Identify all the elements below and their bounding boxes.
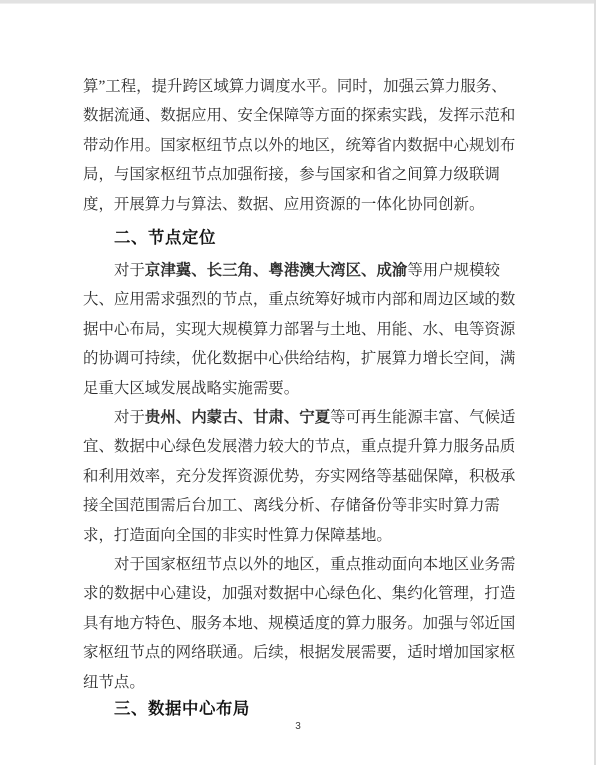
text-segment: 对于 [114, 409, 145, 426]
text-segment: 对于 [114, 262, 145, 279]
text-line: 度，开展算力与算法、数据、应用资源的一体化协同创新。 [83, 190, 516, 219]
text-segment: 求，打造面向全国的非实时性算力保障基地。 [83, 527, 392, 544]
text-line: 带动作用。国家枢纽节点以外的地区，统筹省内数据中心规划布 [83, 131, 516, 160]
text-line: 求，打造面向全国的非实时性算力保障基地。 [83, 521, 516, 550]
text-line: 对于京津冀、长三角、粤港澳大湾区、成渝等用户规模较 [83, 256, 516, 285]
text-line: 的协调可持续，优化数据中心供给结构，扩展算力增长空间，满 [83, 344, 516, 373]
text-segment: 接全国范围需后台加工、离线分析、存储备份等非实时算力需 [83, 497, 500, 514]
text-segment: 三、数据中心布局 [114, 700, 250, 718]
text-segment: 宜、数据中心绿色发展潜力较大的节点，重点提升算力服务品质 [83, 438, 515, 455]
text-segment: 数据流通、数据应用、安全保障等方面的探索实践，发挥示范和 [83, 107, 515, 124]
text-segment: 算”工程，提升跨区域算力调度水平。同时，加强云算力服务、 [83, 78, 507, 95]
text-line: 算”工程，提升跨区域算力调度水平。同时，加强云算力服务、 [83, 72, 516, 101]
text-segment: 京津冀、长三角、粤港澳大湾区、成渝 [145, 262, 407, 279]
text-segment: 足重大区域发展战略实施需要。 [83, 380, 299, 397]
text-line: 据中心布局，实现大规模算力部署与土地、用能、水、电等资源 [83, 315, 516, 344]
text-segment: 具有地方特色、服务本地、规模适度的算力服务。加强与邻近国 [83, 615, 515, 632]
text-line: 接全国范围需后台加工、离线分析、存储备份等非实时算力需 [83, 491, 516, 520]
text-line: 局，与国家枢纽节点加强衔接，参与国家和省之间算力级联调 [83, 160, 516, 189]
text-segment: 二、节点定位 [114, 229, 216, 247]
text-segment: 据中心布局，实现大规模算力部署与土地、用能、水、电等资源 [83, 321, 515, 338]
text-line: 家枢纽节点的网络联通。后续，根据发展需要，适时增加国家枢 [83, 638, 516, 667]
document-text: 算”工程，提升跨区域算力调度水平。同时，加强云算力服务、数据流通、数据应用、安全… [0, 0, 596, 765]
text-line: 对于国家枢纽节点以外的地区，重点推动面向本地区业务需 [83, 550, 516, 579]
text-segment: 纽节点。 [83, 674, 145, 691]
page-number: 3 [0, 721, 596, 733]
text-line: 具有地方特色、服务本地、规模适度的算力服务。加强与邻近国 [83, 609, 516, 638]
text-segment: 对于国家枢纽节点以外的地区，重点推动面向本地区业务需 [114, 556, 515, 573]
text-line: 宜、数据中心绿色发展潜力较大的节点，重点提升算力服务品质 [83, 432, 516, 461]
text-line: 数据流通、数据应用、安全保障等方面的探索实践，发挥示范和 [83, 101, 516, 130]
text-line: 足重大区域发展战略实施需要。 [83, 374, 516, 403]
text-segment: 的协调可持续，优化数据中心供给结构，扩展算力增长空间，满 [83, 350, 515, 367]
text-segment: 家枢纽节点的网络联通。后续，根据发展需要，适时增加国家枢 [83, 644, 515, 661]
text-segment: 贵州、内蒙古、甘肃、宁夏 [145, 409, 330, 426]
text-line: 和利用效率，充分发挥资源优势，夯实网络等基础保障，积极承 [83, 462, 516, 491]
text-segment: 求的数据中心建设，加强对数据中心绿色化、集约化管理，打造 [83, 585, 515, 602]
text-segment: 等用户规模较 [407, 262, 500, 279]
text-segment: 大、应用需求强烈的节点，重点统筹好城市内部和周边区域的数 [83, 291, 515, 308]
text-segment: 带动作用。国家枢纽节点以外的地区，统筹省内数据中心规划布 [83, 137, 515, 154]
text-segment: 和利用效率，充分发挥资源优势，夯实网络等基础保障，积极承 [83, 468, 515, 485]
text-line: 纽节点。 [83, 668, 516, 697]
text-line: 大、应用需求强烈的节点，重点统筹好城市内部和周边区域的数 [83, 285, 516, 314]
text-line: 求的数据中心建设，加强对数据中心绿色化、集约化管理，打造 [83, 579, 516, 608]
text-segment: 局，与国家枢纽节点加强衔接，参与国家和省之间算力级联调 [83, 166, 500, 183]
text-line: 对于贵州、内蒙古、甘肃、宁夏等可再生能源丰富、气候适 [83, 403, 516, 432]
section-heading: 三、数据中心布局 [83, 694, 516, 724]
section-heading: 二、节点定位 [83, 223, 516, 253]
text-segment: 等可再生能源丰富、气候适 [330, 409, 515, 426]
text-segment: 度，开展算力与算法、数据、应用资源的一体化协同创新。 [83, 196, 484, 213]
